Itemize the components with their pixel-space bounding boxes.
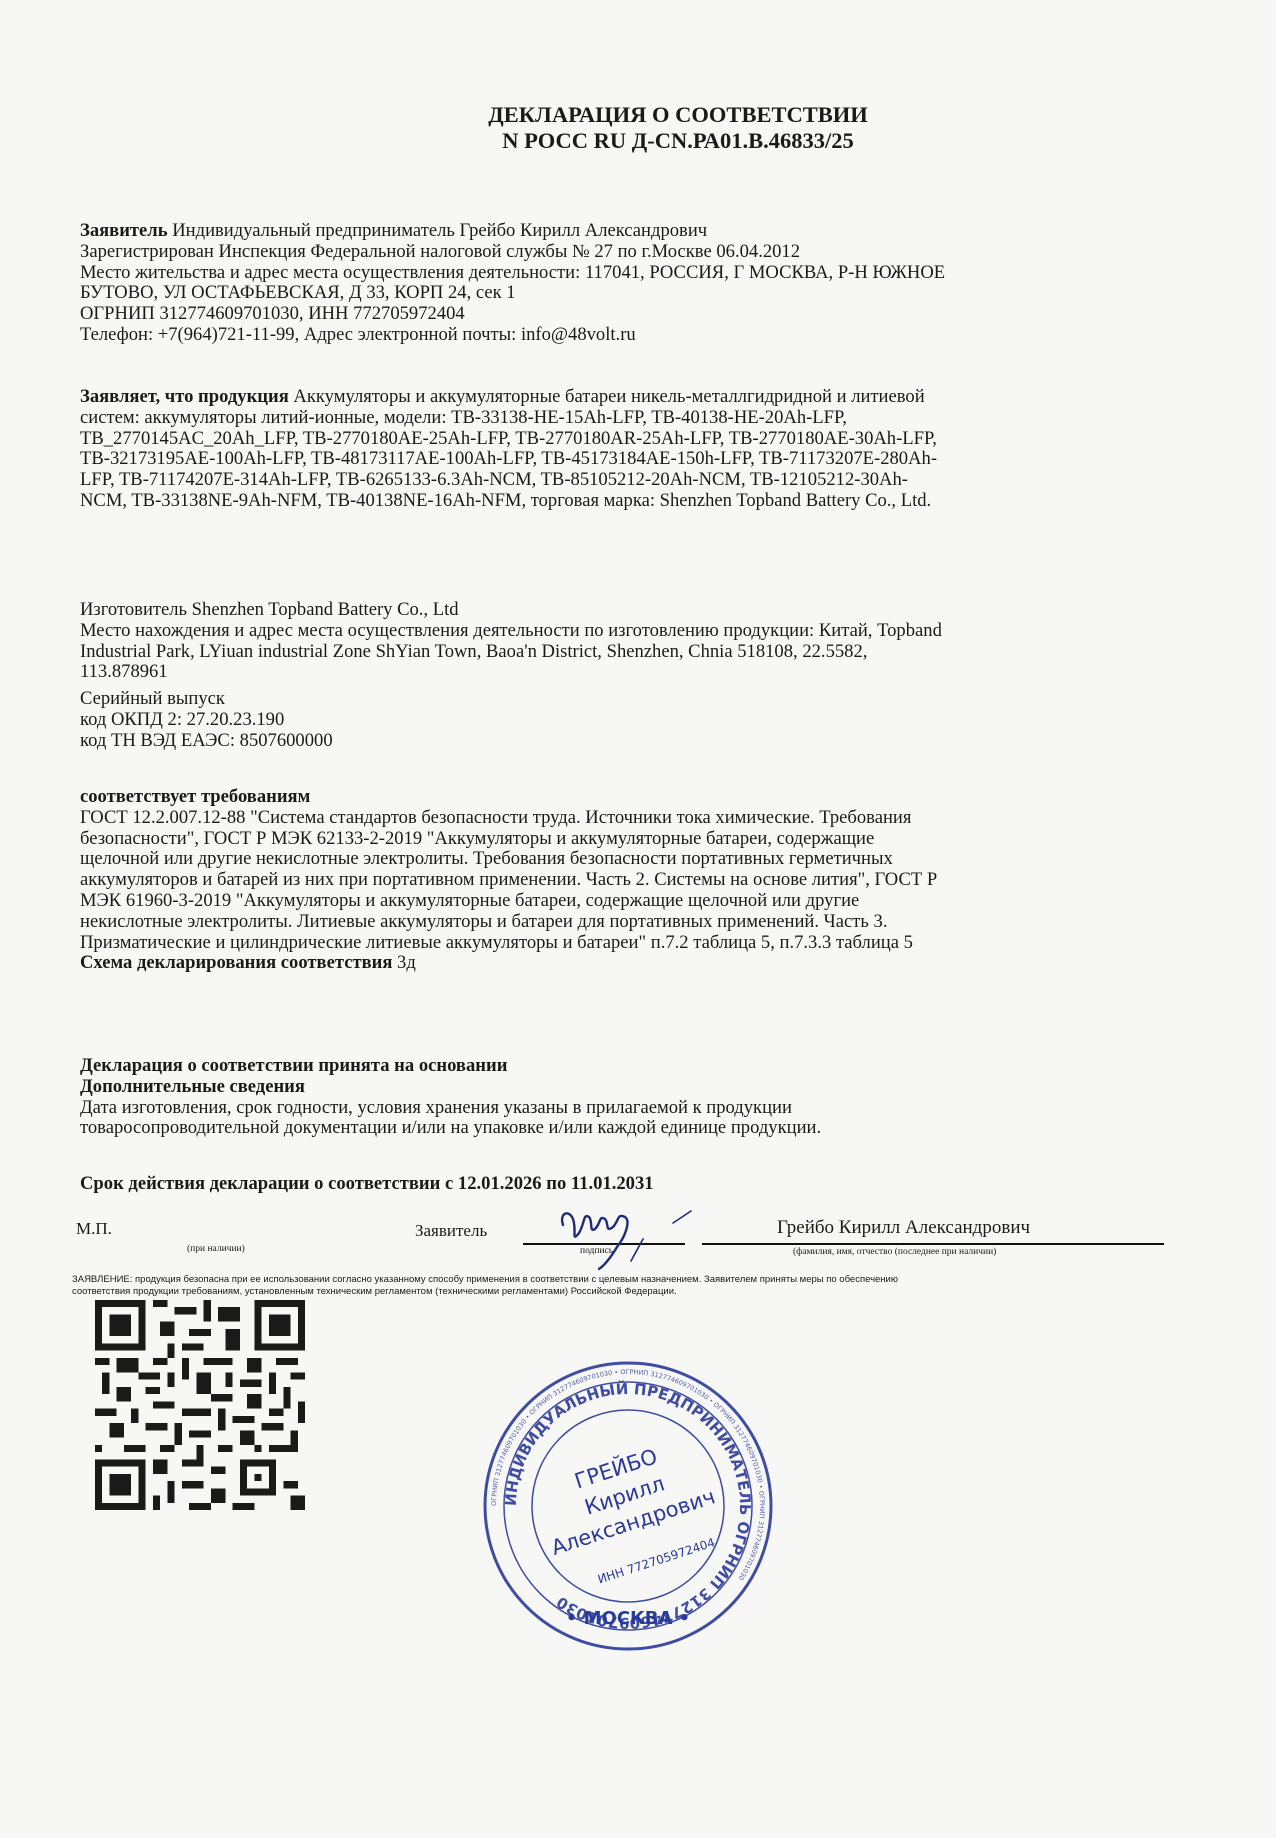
okpd-code: код ОКПД 2: 27.20.23.190 — [80, 710, 1160, 731]
name-line — [702, 1243, 1164, 1245]
stamp-inn: ИНН 772705972404 — [596, 1535, 717, 1586]
tnved-code: код ТН ВЭД ЕАЭС: 8507600000 — [80, 731, 1160, 752]
document-title: ДЕКЛАРАЦИЯ О СООТВЕТСТВИИ — [0, 102, 1276, 128]
applicant-section: Заявитель Индивидуальный предприниматель… — [80, 221, 1160, 346]
mp-caption: (при наличии) — [187, 1244, 245, 1254]
handwritten-signature — [555, 1203, 695, 1275]
manufacturer-address: Industrial Park, LYiuan industrial Zone … — [80, 642, 1160, 663]
qr-code[interactable] — [95, 1300, 305, 1510]
official-stamp: ОГРНИП 312774609701030 • ОГРНИП 31277460… — [478, 1356, 778, 1656]
validity-section: Срок действия декларации о соответствии … — [80, 1174, 1160, 1195]
scheme-label: Схема декларирования соответствия — [80, 952, 392, 973]
mp-label: М.П. — [76, 1219, 112, 1239]
product-line: NCM, TB-33138NE-9Ah-NFM, TB-40138NE-16Ah… — [80, 491, 1160, 512]
statement: ЗАЯВЛЕНИЕ: продукция безопасна при ее ис… — [72, 1274, 898, 1298]
manufacturer-address: 113.878961 — [80, 662, 1160, 683]
product-line: Заявляет, что продукция Аккумуляторы и а… — [80, 387, 1160, 408]
stamp-city: • МОСКВА • — [566, 1608, 690, 1629]
manufacturer-name: Изготовитель Shenzhen Topband Battery Co… — [80, 600, 1160, 621]
applicant-sign-label: Заявитель — [415, 1221, 487, 1241]
product-line: LFP, TB-71174207E-314Ah-LFP, TB-6265133-… — [80, 470, 1160, 491]
basis-label: Декларация о соответствии принята на осн… — [80, 1055, 507, 1076]
applicant-line: Заявитель Индивидуальный предприниматель… — [80, 221, 1160, 242]
requirements-label: соответствует требованиям — [80, 786, 310, 807]
product-line: TB_2770145AC_20Ah_LFP, TB-2770180AE-25Ah… — [80, 429, 1160, 450]
applicant-name: Индивидуальный предприниматель Грейбо Ки… — [168, 220, 708, 241]
requirement-line: некислотные электролиты. Литиевые аккуму… — [80, 912, 1160, 933]
product-line: TB-32173195AE-100Ah-LFP, TB-48173117AE-1… — [80, 449, 1160, 470]
requirement-line: ГОСТ 12.2.007.12-88 "Система стандартов … — [80, 808, 1160, 829]
manufacturer-address: Место нахождения и адрес места осуществл… — [80, 621, 1160, 642]
address-line-2: БУТОВО, УЛ ОСТАФЬЕВСКАЯ, Д 33, КОРП 24, … — [80, 283, 1160, 304]
scheme-line: Схема декларирования соответствия 3д — [80, 953, 1160, 974]
address-line-1: Место жительства и адрес места осуществл… — [80, 263, 1160, 284]
requirement-line: МЭК 61960-3-2019 "Аккумуляторы и аккумул… — [80, 891, 1160, 912]
registration-ids: ОГРНИП 312774609701030, ИНН 772705972404 — [80, 304, 1160, 325]
registration-info: Зарегистрирован Инспекция Федеральной на… — [80, 242, 1160, 263]
scheme-value: 3д — [392, 952, 415, 973]
release-type: Серийный выпуск — [80, 689, 1160, 710]
contact-info: Телефон: +7(964)721-11-99, Адрес электро… — [80, 325, 1160, 346]
additional-label: Дополнительные сведения — [80, 1076, 305, 1097]
declaration-number: N РОСС RU Д-CN.РА01.В.46833/25 — [0, 128, 1276, 154]
additional-info: товаросопроводительной документации и/ил… — [80, 1118, 1160, 1139]
requirement-line: Призматические и цилиндрические литиевые… — [80, 933, 1160, 954]
name-caption: (фамилия, имя, отчество (последнее при н… — [793, 1247, 996, 1257]
declaration-page: ДЕКЛАРАЦИЯ О СООТВЕТСТВИИ N РОСС RU Д-CN… — [0, 0, 1276, 1838]
product-section: Заявляет, что продукция Аккумуляторы и а… — [80, 387, 1160, 512]
additional-info: Дата изготовления, срок годности, услови… — [80, 1098, 1160, 1119]
manufacturer-section: Изготовитель Shenzhen Topband Battery Co… — [80, 600, 1160, 752]
basis-section: Декларация о соответствии принята на осн… — [80, 1056, 1160, 1139]
applicant-label: Заявитель — [80, 220, 168, 241]
requirement-line: щелочной или другие некислотные электрол… — [80, 849, 1160, 870]
product-line: систем: аккумуляторы литий-ионные, модел… — [80, 408, 1160, 429]
requirement-line: безопасности", ГОСТ Р МЭК 62133-2-2019 "… — [80, 829, 1160, 850]
requirements-section: соответствует требованиям ГОСТ 12.2.007.… — [80, 787, 1160, 974]
signer-full-name: Грейбо Кирилл Александрович — [777, 1217, 1030, 1239]
requirement-line: аккумуляторов и батарей из них при порта… — [80, 870, 1160, 891]
product-label: Заявляет, что продукция — [80, 386, 289, 407]
validity-period: Срок действия декларации о соответствии … — [80, 1173, 654, 1194]
